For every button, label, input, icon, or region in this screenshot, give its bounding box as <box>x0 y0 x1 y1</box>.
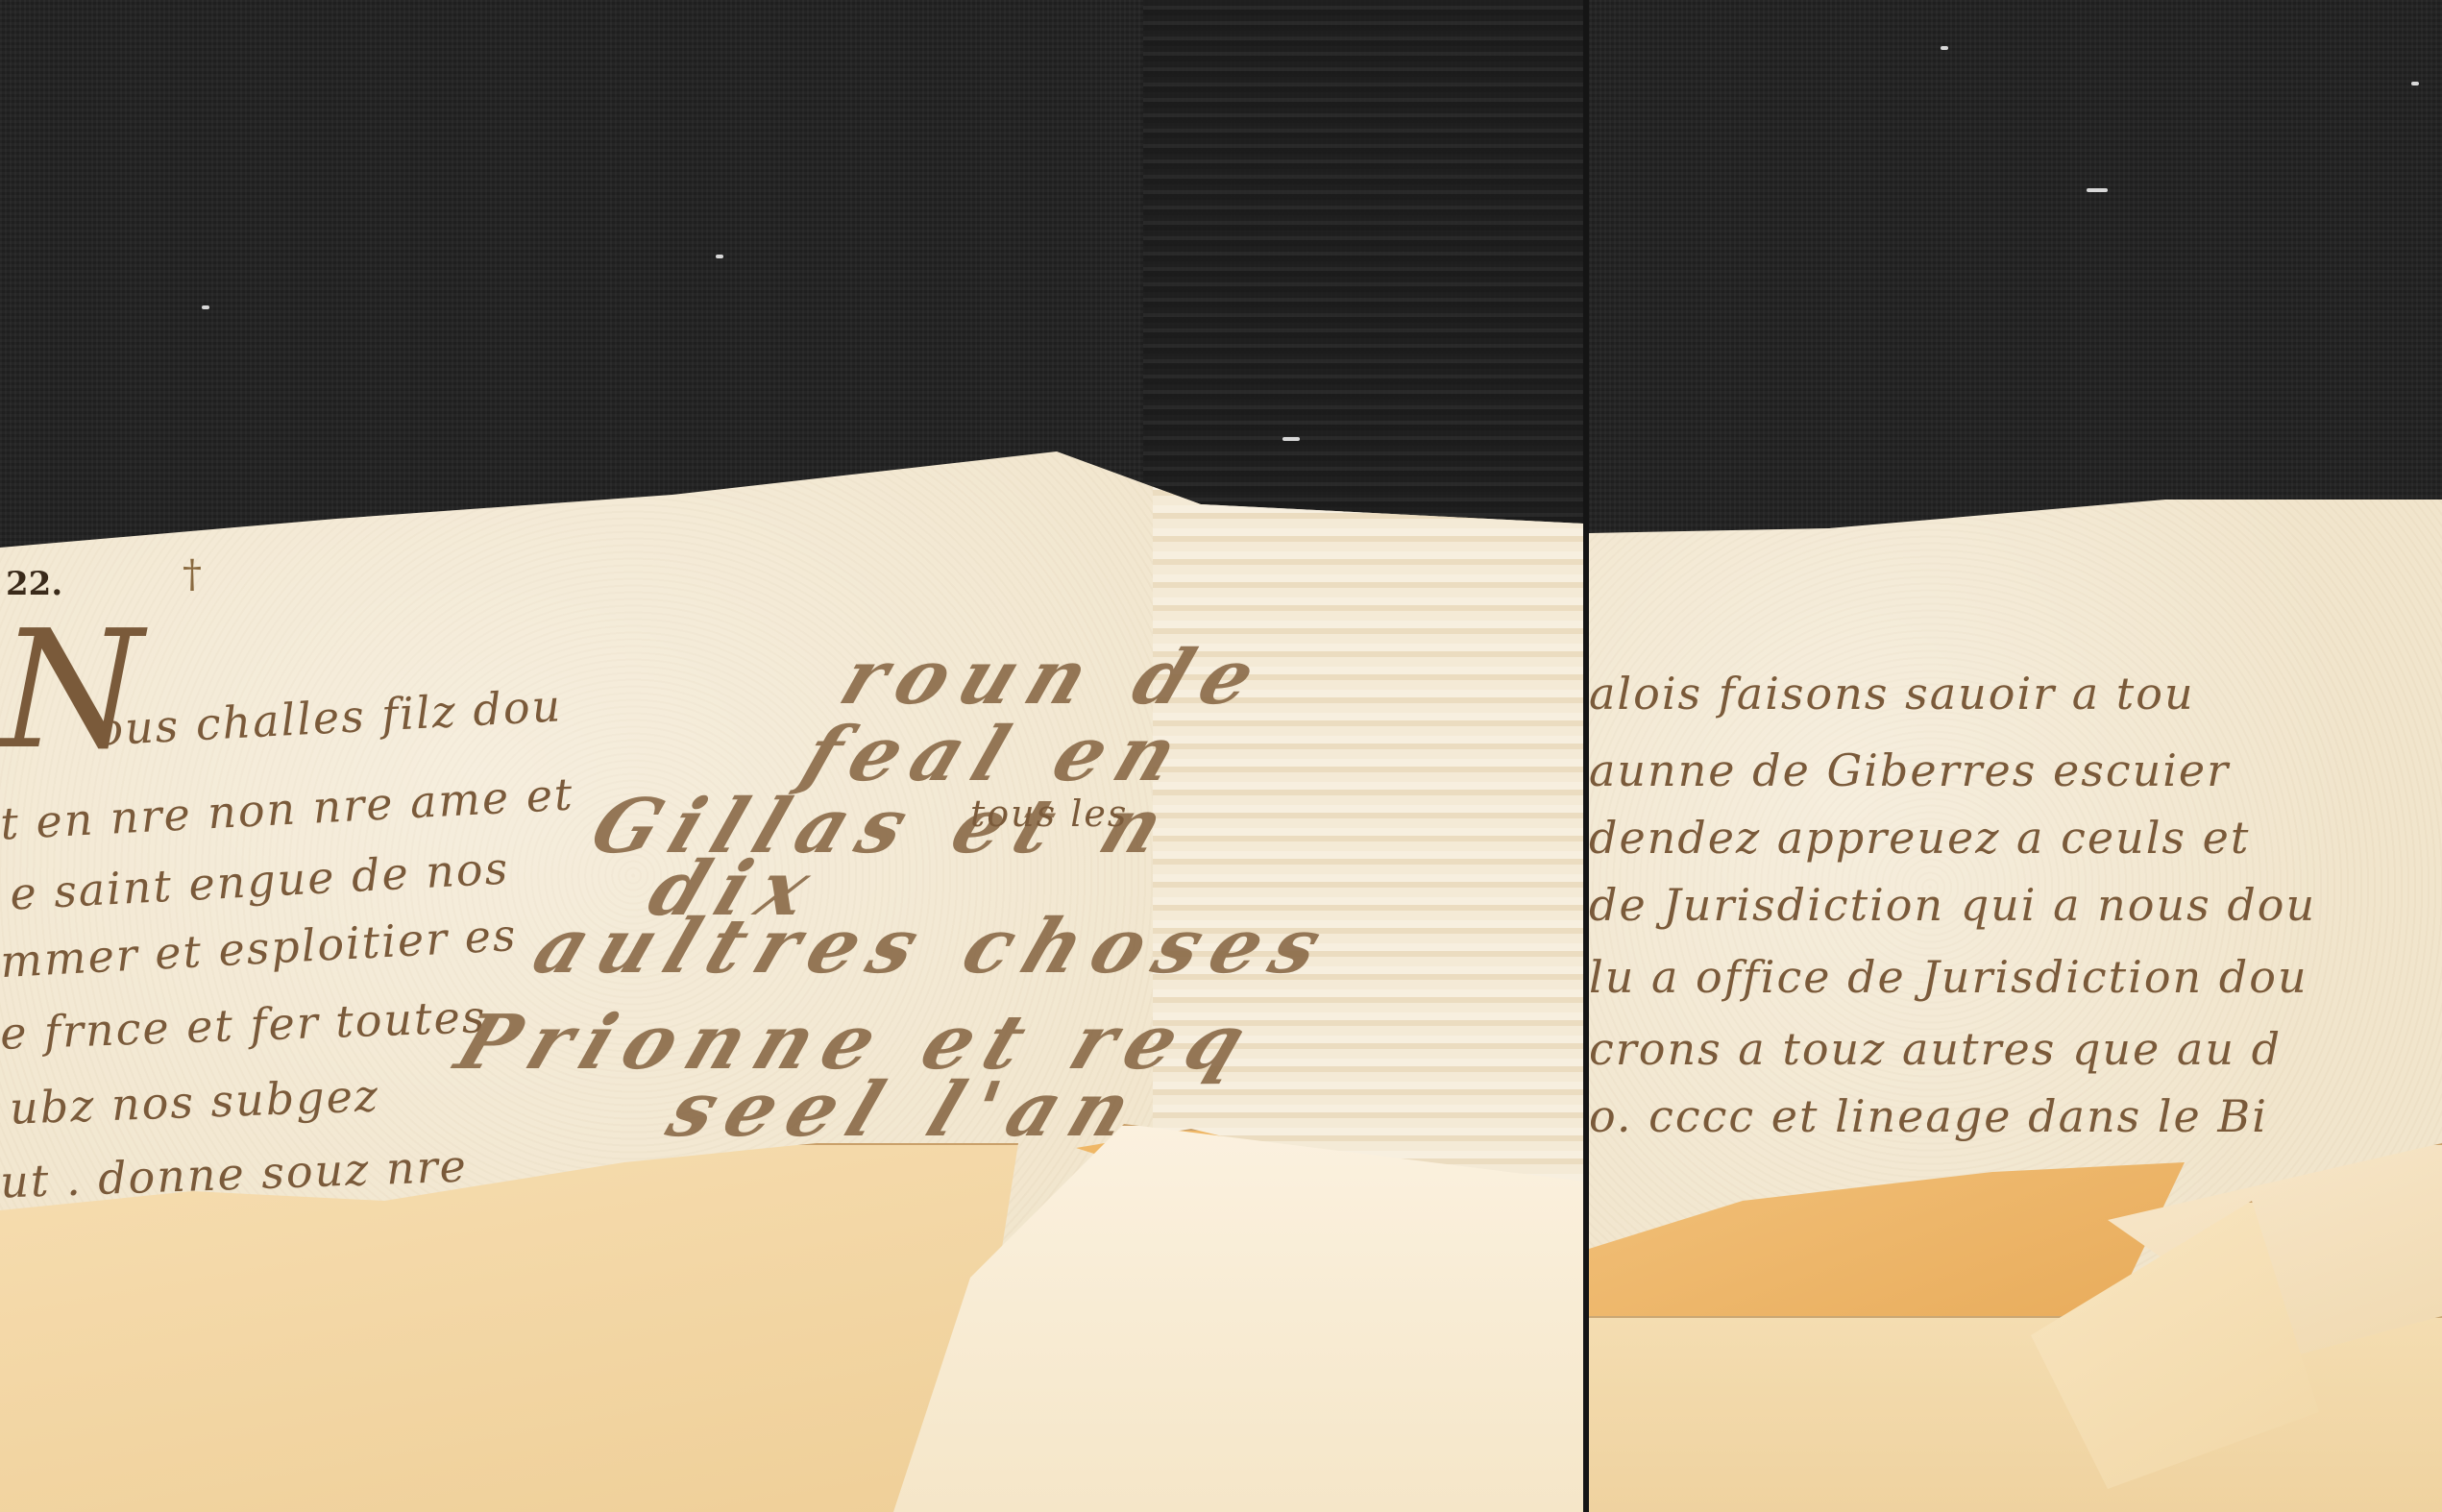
text-line: o. cccc et lineage dans le Bi <box>1589 1090 2268 1142</box>
dust-speck <box>716 255 723 258</box>
parchment-fold-left <box>0 1143 1018 1512</box>
text-line: de Jurisdiction qui a nous dou <box>1589 879 2316 931</box>
blurred-background-band <box>1143 0 1585 538</box>
dust-speck <box>2087 188 2108 192</box>
distorted-word: tous les <box>970 793 1128 835</box>
parchment-left-panel: 22. † N ous challes filz dou t en nre no… <box>0 451 1583 1512</box>
dust-speck <box>202 305 209 309</box>
dust-speck <box>1941 46 1948 50</box>
text-line: lu a office de Jurisdiction dou <box>1589 951 2308 1003</box>
cross-mark-icon: † <box>183 552 202 597</box>
parchment-right-panel: alois faisons sauoir a tou aunne de Gibe… <box>1589 471 2442 1512</box>
dust-speck <box>2411 82 2419 85</box>
dust-speck <box>1282 437 1300 441</box>
distorted-word: seel l'an <box>656 1066 1156 1154</box>
text-line: crons a touz autres que au d <box>1589 1023 2282 1075</box>
text-line: dendez appreuez a ceuls et <box>1589 812 2250 864</box>
panel-stitch-seam <box>1583 0 1589 1512</box>
distorted-word: roun de <box>829 634 1280 721</box>
motion-smear-region <box>1153 451 1583 1220</box>
text-line: aunne de Giberres escuier <box>1589 744 2230 796</box>
distorted-word: aultres choses <box>522 903 1346 990</box>
decorated-initial: N <box>0 596 143 786</box>
text-line: alois faisons sauoir a tou <box>1589 668 2195 719</box>
